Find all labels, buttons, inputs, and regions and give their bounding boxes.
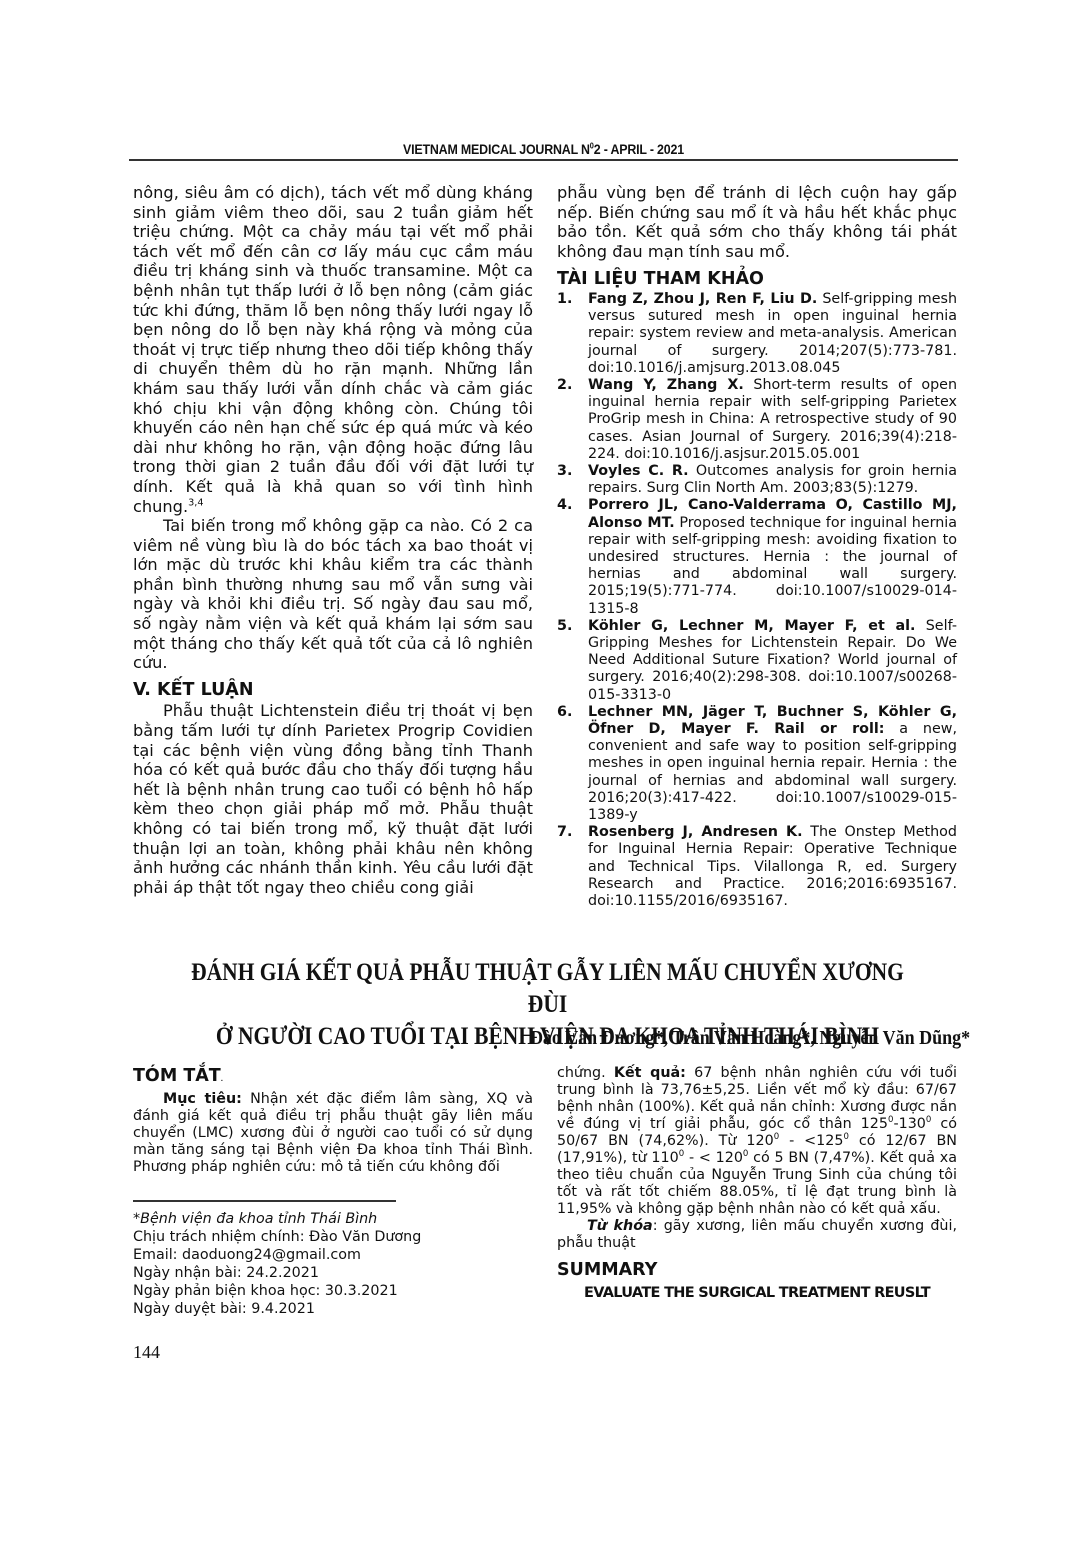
date-accepted: Ngày duyệt bài: 9.4.2021 (133, 1300, 421, 1318)
reference-item: 7.Rosenberg J, Andresen K. The Onstep Me… (557, 824, 957, 910)
abstract-heading-text: TÓM TẮT (133, 1066, 221, 1086)
abstract-keywords: Từ khóa: gãy xương, liên mấu chuyển xươn… (557, 1218, 957, 1252)
page-number: 144 (133, 1342, 160, 1363)
reference-number: 5. (557, 618, 572, 635)
abstract-right-column: chứng. Kết quả: 67 bệnh nhân nghiên cứu … (557, 1065, 957, 1302)
conclusion-paragraph: Phẫu thuật Lichtenstein điều trị thoát v… (133, 701, 533, 897)
abstract-objective: Mục tiêu: Nhận xét đặc điểm lâm sàng, XQ… (133, 1091, 533, 1176)
reference-item: 5.Köhler G, Lechner M, Mayer F, et al. S… (557, 618, 957, 704)
article-title-line-1: ĐÁNH GIÁ KẾT QUẢ PHẪU THUẬT GẪY LIÊN MẤU… (184, 957, 911, 1021)
keywords-label: Từ khóa (587, 1218, 653, 1234)
results-text: - < 120 (684, 1150, 743, 1166)
journal-name: VIETNAM MEDICAL JOURNAL N (403, 142, 590, 157)
reference-item: 6.Lechner MN, Jäger T, Buchner S, Köhler… (557, 704, 957, 824)
reference-authors: Voyles C. R. (588, 463, 689, 479)
results-text: - <125 (779, 1133, 843, 1149)
footnotes: *Bệnh viện đa khoa tỉnh Thái Bình Chịu t… (133, 1210, 421, 1318)
reference-item: 2.Wang Y, Zhang X. Short-term results of… (557, 377, 957, 463)
discussion-paragraph-1: nông, siêu âm có dịch), tách vết mổ dùng… (133, 183, 533, 516)
summary-title: EVALUATE THE SURGICAL TREATMENT REUSLT (557, 1285, 957, 1302)
reference-number: 1. (557, 291, 572, 308)
results-lead: chứng. (557, 1065, 614, 1081)
abstract-heading: TÓM TẮT. (133, 1068, 533, 1088)
reference-item: 4.Porrero JL, Cano-Valderrama O, Castill… (557, 497, 957, 617)
reference-authors: Fang Z, Zhou J, Ren F, Liu D. (588, 291, 817, 307)
affiliation-note: *Bệnh viện đa khoa tỉnh Thái Bình (133, 1210, 421, 1228)
objective-label: Mục tiêu: (163, 1091, 242, 1107)
abstract-left-column: TÓM TẮT. Mục tiêu: Nhận xét đặc điểm lâm… (133, 1068, 533, 1176)
right-column-previous-article: phẫu vùng bẹn để tránh di lệch cuộn hay … (557, 183, 957, 910)
reference-list: 1.Fang Z, Zhou J, Ren F, Liu D. Self-gri… (557, 291, 957, 910)
section-heading-conclusion: V. KẾT LUẬN (133, 681, 533, 701)
reference-number: 6. (557, 704, 572, 721)
references-heading: TÀI LIỆU THAM KHẢO (557, 270, 957, 290)
reference-item: 3.Voyles C. R. Outcomes analysis for gro… (557, 463, 957, 497)
conclusion-continued: phẫu vùng bẹn để tránh di lệch cuộn hay … (557, 183, 957, 261)
reference-authors: Köhler G, Lechner M, Mayer F, et al. (588, 618, 915, 634)
date-received: Ngày nhận bài: 24.2.2021 (133, 1264, 421, 1282)
corresponding-author: Chịu trách nhiệm chính: Đào Văn Dương (133, 1228, 421, 1246)
reference-number: 7. (557, 824, 572, 841)
reference-item: 1.Fang Z, Zhou J, Ren F, Liu D. Self-gri… (557, 291, 957, 377)
reference-number: 2. (557, 377, 572, 394)
heading-dot: . (221, 1076, 223, 1083)
article-authors: Đào Văn Dương*, Trần Văn Hoàng*, Nguyễn … (530, 1027, 970, 1050)
abstract-results: chứng. Kết quả: 67 bệnh nhân nghiên cứu … (557, 1065, 957, 1218)
paragraph-text: nông, siêu âm có dịch), tách vết mổ dùng… (133, 183, 533, 516)
footnote-divider (133, 1200, 396, 1202)
summary-heading: SUMMARY (557, 1262, 957, 1279)
reference-number: 4. (557, 497, 572, 514)
left-column-previous-article: nông, siêu âm có dịch), tách vết mổ dùng… (133, 183, 533, 897)
reference-number: 3. (557, 463, 572, 480)
results-label: Kết quả: (614, 1065, 686, 1081)
issue-date: 2 - APRIL - 2021 (594, 142, 684, 157)
discussion-paragraph-2: Tai biến trong mổ không gặp ca nào. Có 2… (133, 516, 533, 673)
header-divider (129, 159, 958, 161)
reference-authors: Wang Y, Zhang X. (588, 377, 744, 393)
results-text: -130 (893, 1116, 925, 1132)
citation-superscript: 3,4 (188, 497, 203, 508)
running-header: VIETNAM MEDICAL JOURNAL N02 - APRIL - 20… (162, 142, 925, 157)
date-reviewed: Ngày phản biện khoa học: 30.3.2021 (133, 1282, 421, 1300)
reference-authors: Rosenberg J, Andresen K. (588, 824, 803, 840)
author-email: Email: daoduong24@gmail.com (133, 1246, 421, 1264)
